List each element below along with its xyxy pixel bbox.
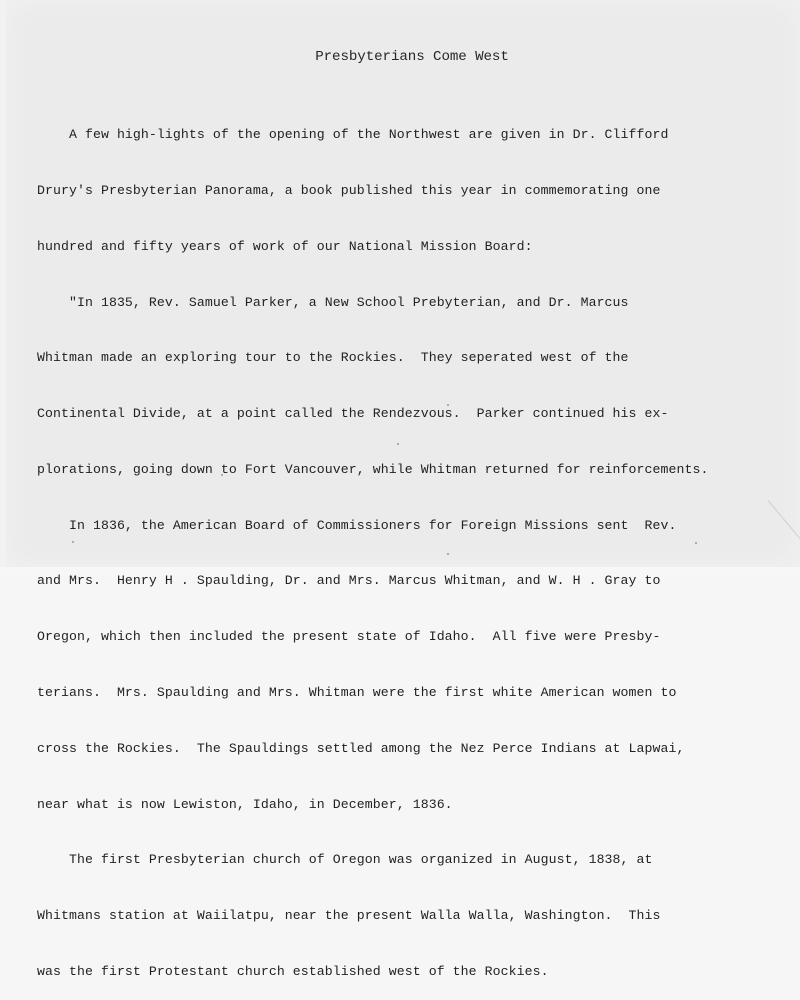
text-line: Drury's Presbyterian Panorama, a book pu… <box>37 182 797 201</box>
text-line: In 1836, the American Board of Commissio… <box>37 517 797 536</box>
text-line: A few high-lights of the opening of the … <box>37 126 797 145</box>
text-line: Whitman made an exploring tour to the Ro… <box>37 349 797 368</box>
document-body: A few high-lights of the opening of the … <box>37 89 797 576</box>
text-line: hundred and fifty years of work of our N… <box>37 238 797 257</box>
text-line: plorations, going down to Fort Vancouver… <box>37 461 797 480</box>
text-line: Continental Divide, at a point called th… <box>37 405 797 424</box>
text-line: "In 1835, Rev. Samuel Parker, a New Scho… <box>37 294 797 313</box>
page-title: Presbyterians Come West <box>0 49 800 65</box>
text-line: and Mrs. Henry H . Spaulding, Dr. and Mr… <box>37 572 797 576</box>
